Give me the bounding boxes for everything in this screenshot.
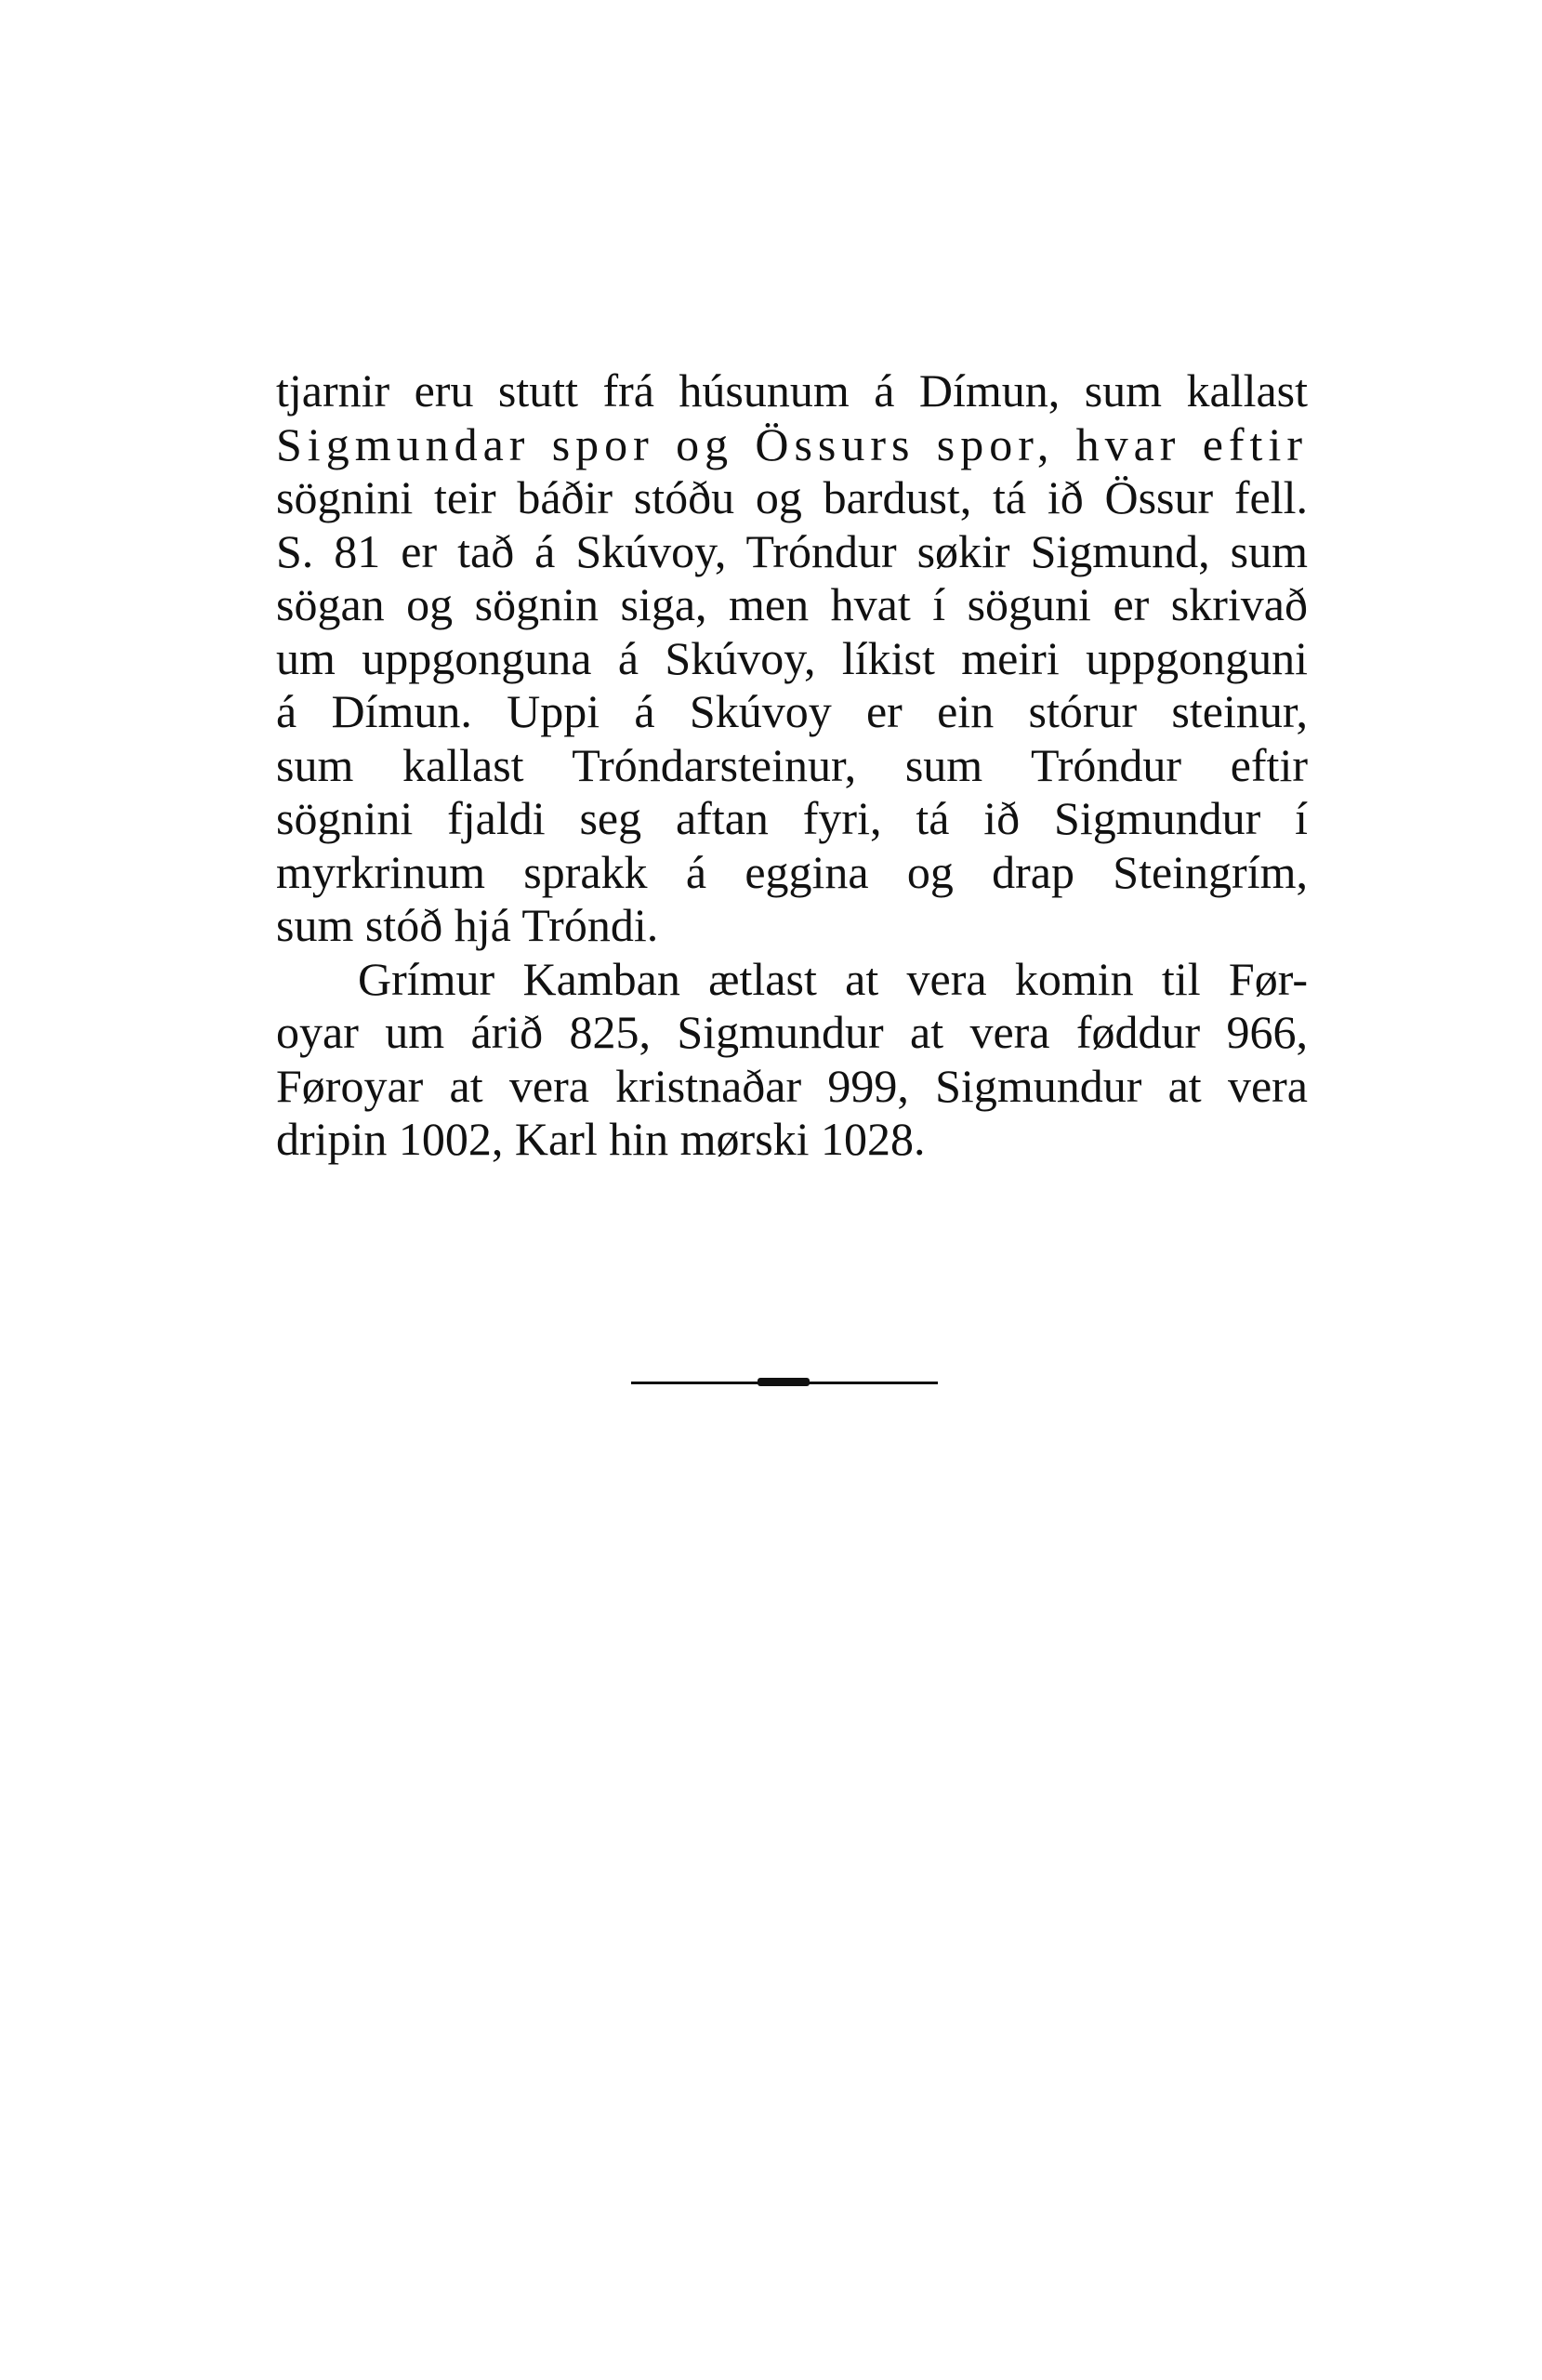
text-line: sum stóð hjá Tróndi. xyxy=(276,899,1308,953)
text-line: tjarnir eru stutt frá húsunum á Dímun, s… xyxy=(276,364,1308,418)
paragraph-start-line: Grímur Kamban ætlast at vera komin til F… xyxy=(276,953,1308,1007)
text-line: á Dímun. Uppi á Skúvoy er ein stórur ste… xyxy=(276,685,1308,739)
text-line: Føroyar at vera kristnaðar 999, Sigmundu… xyxy=(276,1060,1308,1114)
text-line: sögnini teir báðir stóðu og bardust, tá … xyxy=(276,471,1308,525)
text-line: oyar um árið 825, Sigmundur at vera fødd… xyxy=(276,1006,1308,1060)
text-line: sögnini fjaldi seg aftan fyri, tá ið Sig… xyxy=(276,792,1308,846)
text-line: sögan og sögnin siga, men hvat í söguni … xyxy=(276,578,1308,632)
text-line: S. 81 er tað á Skúvoy, Tróndur søkir Sig… xyxy=(276,525,1308,579)
text-line: um uppgonguna á Skúvoy, líkist meiri upp… xyxy=(276,632,1308,686)
text-line: myrkrinum sprakk á eggina og drap Steing… xyxy=(276,846,1308,900)
book-page: tjarnir eru stutt frá húsunum á Dímun, s… xyxy=(0,0,1542,2380)
text-line: sum kallast Tróndarsteinur, sum Tróndur … xyxy=(276,739,1308,793)
text-line: Sigmundar spor og Össurs spor, hvar efti… xyxy=(276,418,1308,472)
body-text: tjarnir eru stutt frá húsunum á Dímun, s… xyxy=(276,364,1308,1167)
text-line: dripin 1002, Karl hin mørski 1028. xyxy=(276,1113,1308,1167)
section-end-rule-center xyxy=(758,1378,810,1386)
